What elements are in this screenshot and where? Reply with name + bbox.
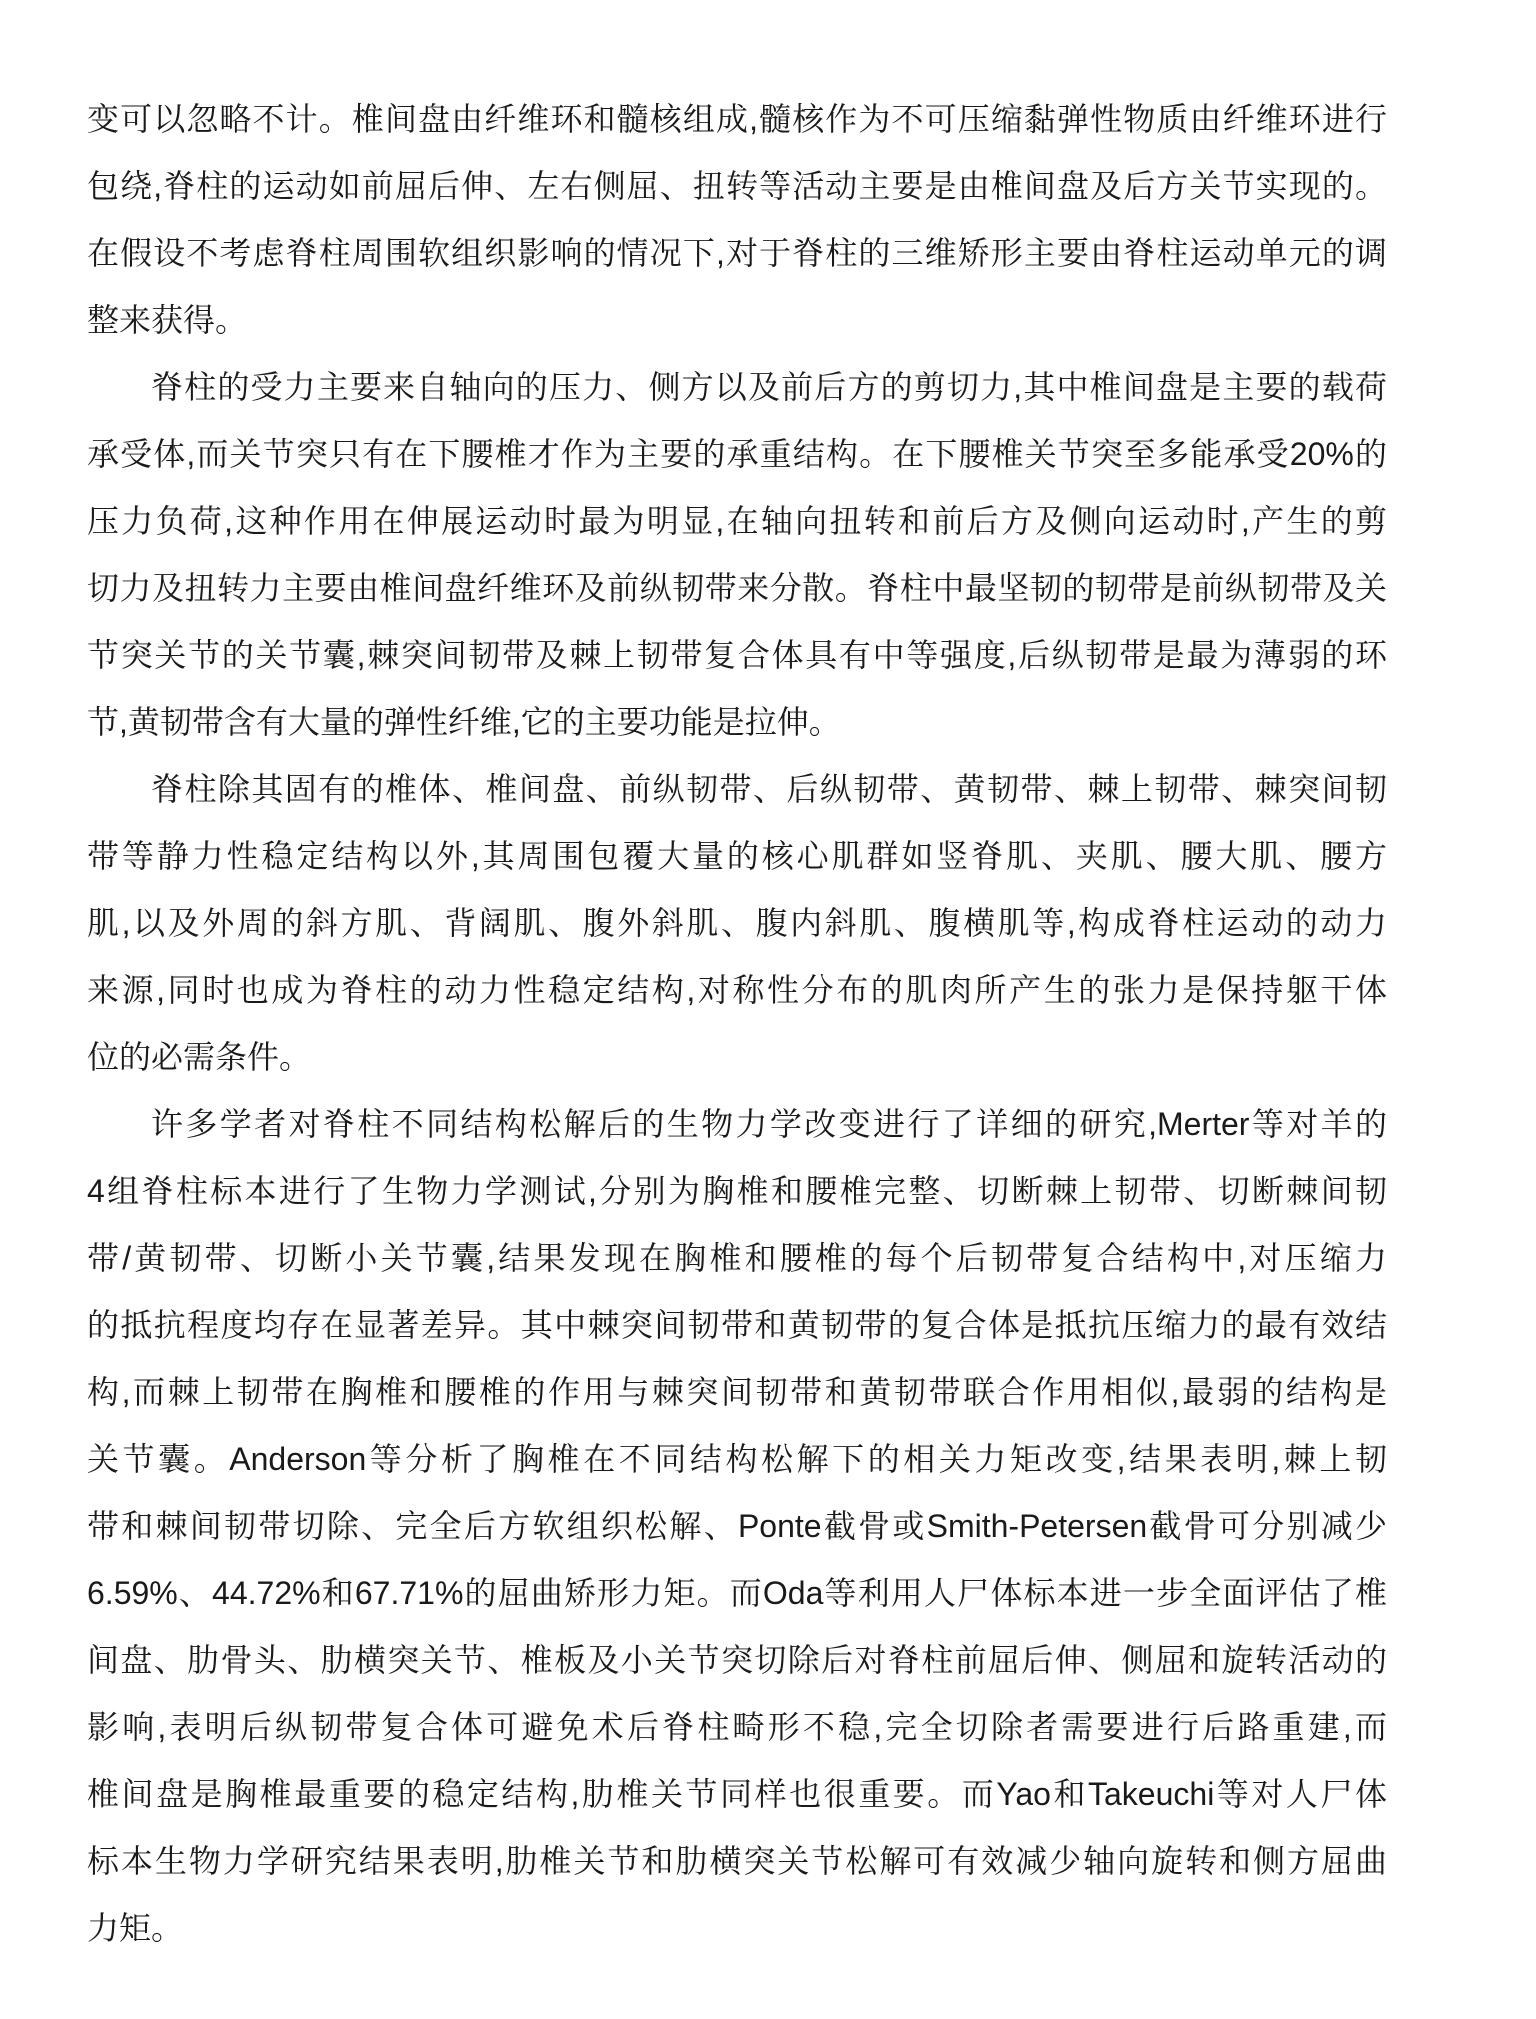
text-line: 构,而棘上韧带在胸椎和腰椎的作用与棘突间韧带和黄韧带联合作用相似,最弱的结构是 <box>87 1359 1387 1426</box>
text-line: 6.59%、44.72%和67.71%的屈曲矫形力矩。而Oda等利用人尸体标本进… <box>87 1560 1387 1627</box>
paragraph: 许多学者对脊柱不同结构松解后的生物力学改变进行了详细的研究,Merter等对羊的… <box>87 1091 1387 1962</box>
text-line: 压力负荷,这种作用在伸展运动时最为明显,在轴向扭转和前后方及侧向运动时,产生的剪 <box>87 488 1387 555</box>
paragraph: 变可以忽略不计。椎间盘由纤维环和髓核组成,髓核作为不可压缩黏弹性物质由纤维环进行… <box>87 86 1387 354</box>
text-line: 节突关节的关节囊,棘突间韧带及棘上韧带复合体具有中等强度,后纵韧带是最为薄弱的环 <box>87 622 1387 689</box>
text-line: 4组脊柱标本进行了生物力学测试,分别为胸椎和腰椎完整、切断棘上韧带、切断棘间韧 <box>87 1158 1387 1225</box>
text-line: 的抵抗程度均存在显著差异。其中棘突间韧带和黄韧带的复合体是抵抗压缩力的最有效结 <box>87 1292 1387 1359</box>
text-line: 带和棘间韧带切除、完全后方软组织松解、Ponte截骨或Smith-Peterse… <box>87 1493 1387 1560</box>
text-line: 肌,以及外周的斜方肌、背阔肌、腹外斜肌、腹内斜肌、腹横肌等,构成脊柱运动的动力 <box>87 890 1387 957</box>
text-line: 包绕,脊柱的运动如前屈后伸、左右侧屈、扭转等活动主要是由椎间盘及后方关节实现的。 <box>87 153 1387 220</box>
text-line: 间盘、肋骨头、肋横突关节、椎板及小关节突切除后对脊柱前屈后伸、侧屈和旋转活动的 <box>87 1627 1387 1694</box>
text-line: 椎间盘是胸椎最重要的稳定结构,肋椎关节同样也很重要。而Yao和Takeuchi等… <box>87 1761 1387 1828</box>
text-line: 影响,表明后纵韧带复合体可避免术后脊柱畸形不稳,完全切除者需要进行后路重建,而 <box>87 1694 1387 1761</box>
text-line: 来源,同时也成为脊柱的动力性稳定结构,对称性分布的肌肉所产生的张力是保持躯干体 <box>87 957 1387 1024</box>
paragraph: 脊柱的受力主要来自轴向的压力、侧方以及前后方的剪切力,其中椎间盘是主要的载荷承受… <box>87 354 1387 756</box>
document-page: 变可以忽略不计。椎间盘由纤维环和髓核组成,髓核作为不可压缩黏弹性物质由纤维环进行… <box>0 0 1536 2019</box>
paragraph: 脊柱除其固有的椎体、椎间盘、前纵韧带、后纵韧带、黄韧带、棘上韧带、棘突间韧带等静… <box>87 756 1387 1091</box>
text-line: 在假设不考虑脊柱周围软组织影响的情况下,对于脊柱的三维矫形主要由脊柱运动单元的调 <box>87 220 1387 287</box>
text-line: 变可以忽略不计。椎间盘由纤维环和髓核组成,髓核作为不可压缩黏弹性物质由纤维环进行 <box>87 86 1387 153</box>
text-line: 脊柱的受力主要来自轴向的压力、侧方以及前后方的剪切力,其中椎间盘是主要的载荷 <box>87 354 1387 421</box>
text-line: 带等静力性稳定结构以外,其周围包覆大量的核心肌群如竖脊肌、夹肌、腰大肌、腰方 <box>87 823 1387 890</box>
text-line: 承受体,而关节突只有在下腰椎才作为主要的承重结构。在下腰椎关节突至多能承受20%… <box>87 421 1387 488</box>
body-text: 变可以忽略不计。椎间盘由纤维环和髓核组成,髓核作为不可压缩黏弹性物质由纤维环进行… <box>87 86 1387 1962</box>
text-line: 整来获得。 <box>87 287 1387 354</box>
text-line: 力矩。 <box>87 1895 1387 1962</box>
text-line: 带/黄韧带、切断小关节囊,结果发现在胸椎和腰椎的每个后韧带复合结构中,对压缩力 <box>87 1225 1387 1292</box>
text-line: 节,黄韧带含有大量的弹性纤维,它的主要功能是拉伸。 <box>87 689 1387 756</box>
text-line: 脊柱除其固有的椎体、椎间盘、前纵韧带、后纵韧带、黄韧带、棘上韧带、棘突间韧 <box>87 756 1387 823</box>
text-line: 许多学者对脊柱不同结构松解后的生物力学改变进行了详细的研究,Merter等对羊的 <box>87 1091 1387 1158</box>
text-line: 标本生物力学研究结果表明,肋椎关节和肋横突关节松解可有效减少轴向旋转和侧方屈曲 <box>87 1828 1387 1895</box>
text-line: 切力及扭转力主要由椎间盘纤维环及前纵韧带来分散。脊柱中最坚韧的韧带是前纵韧带及关 <box>87 555 1387 622</box>
text-line: 关节囊。Anderson等分析了胸椎在不同结构松解下的相关力矩改变,结果表明,棘… <box>87 1426 1387 1493</box>
text-line: 位的必需条件。 <box>87 1024 1387 1091</box>
